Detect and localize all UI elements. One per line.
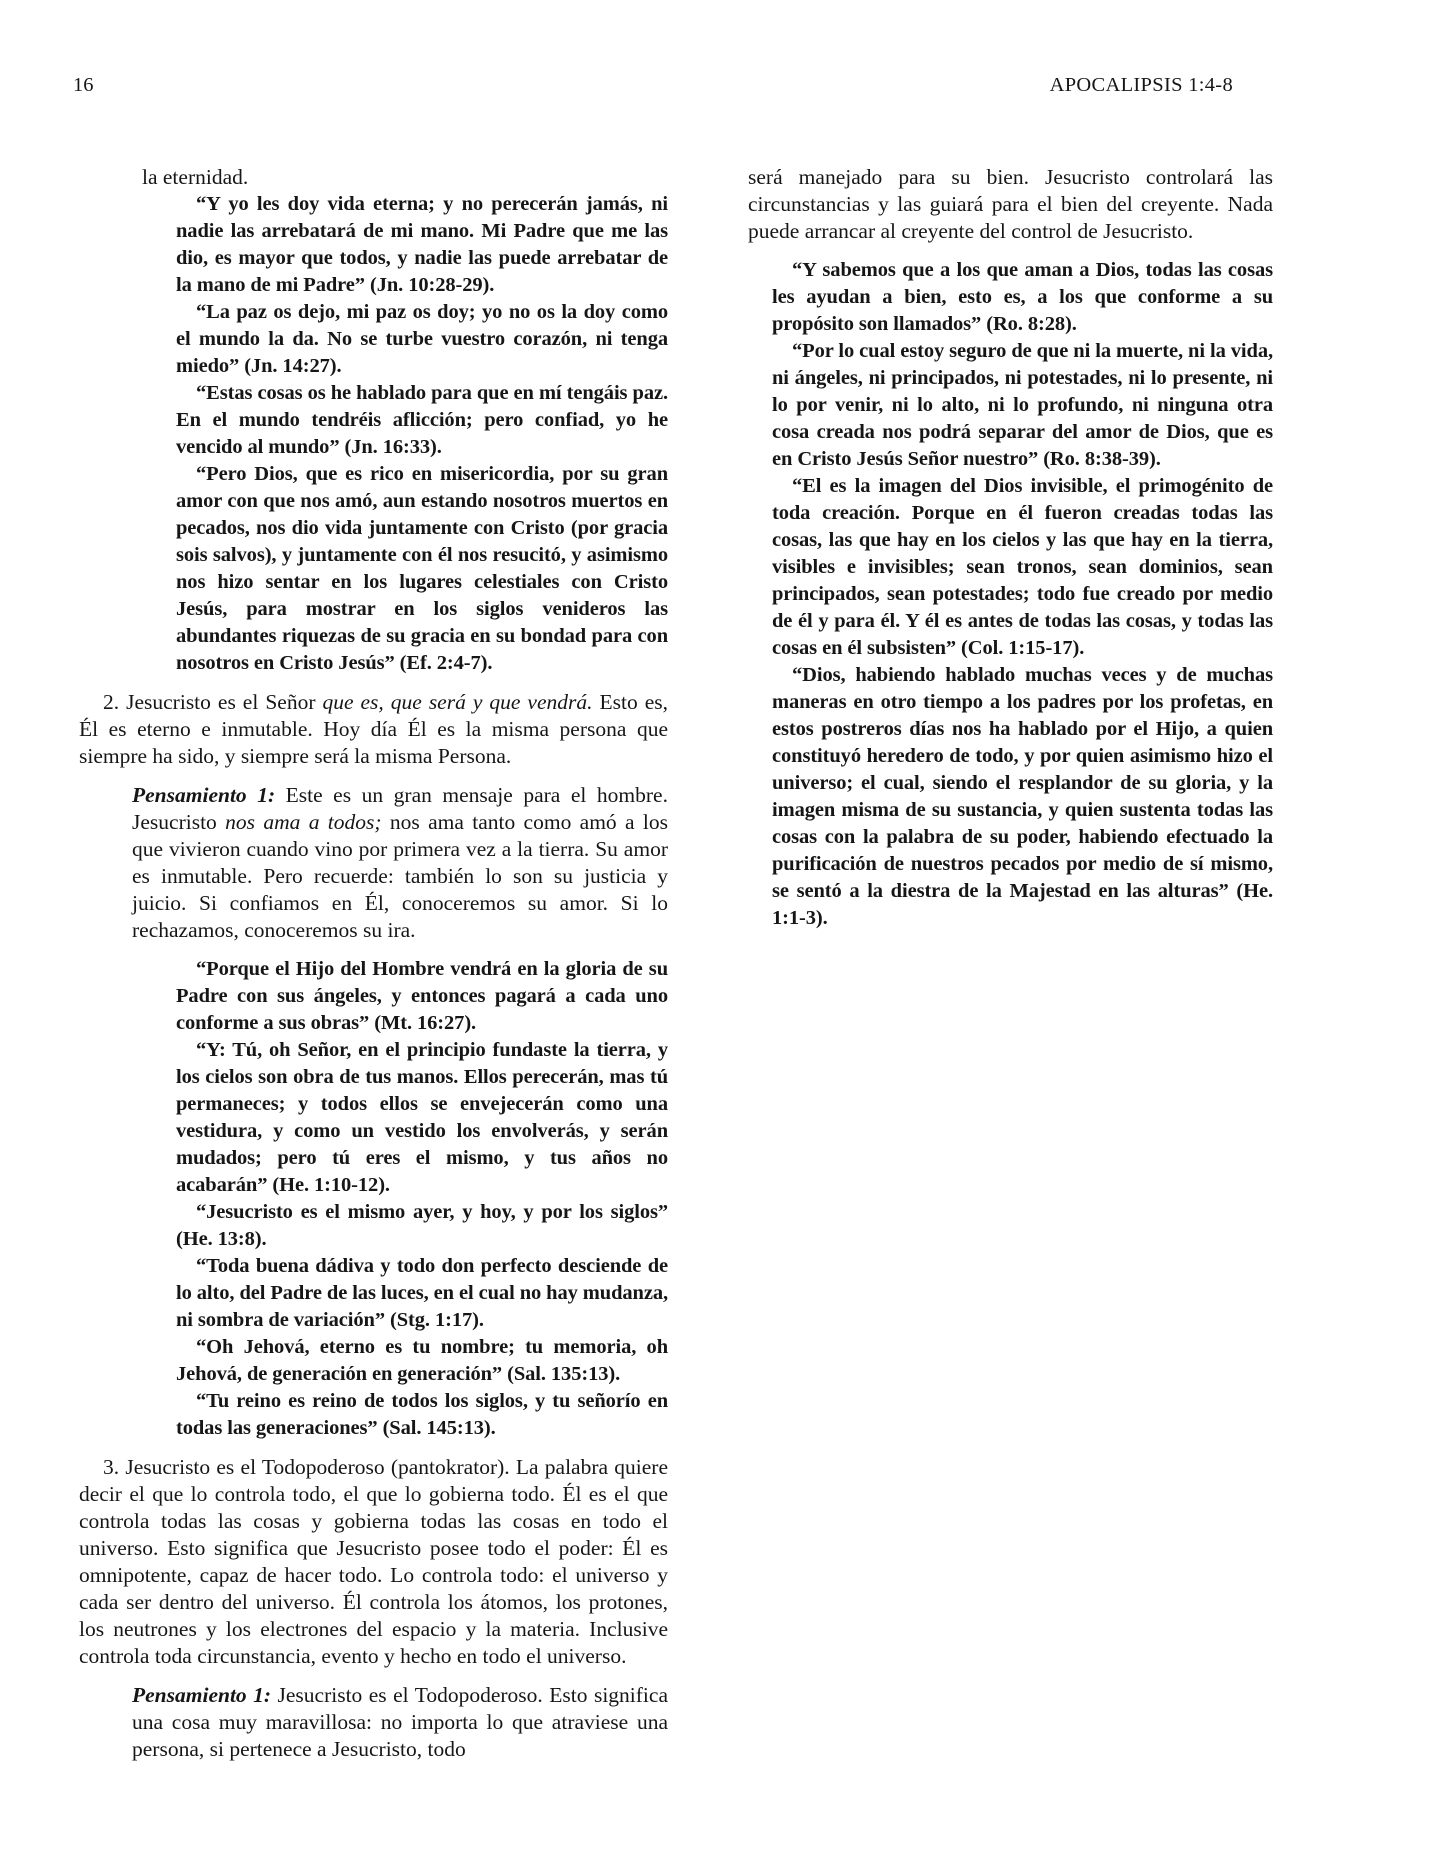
body-paragraph: 2. Jesucristo es el Señor que es, que se… bbox=[79, 689, 668, 770]
text-run: “Toda buena dádiva y todo don perfecto d… bbox=[176, 1255, 668, 1331]
body-paragraph: 3. Jesucristo es el Todopoderoso (pantok… bbox=[79, 1454, 668, 1670]
scripture-quote: “La paz os dejo, mi paz os doy; yo no os… bbox=[176, 299, 668, 380]
scripture-quote: “Oh Jehová, eterno es tu nombre; tu memo… bbox=[176, 1334, 668, 1388]
text-run: “Y: Tú, oh Señor, en el principio fundas… bbox=[176, 1039, 668, 1196]
text-run: “Dios, habiendo hablado muchas veces y d… bbox=[772, 664, 1273, 929]
scripture-quote: “Porque el Hijo del Hombre vendrá en la … bbox=[176, 956, 668, 1037]
body-paragraph: será manejado para su bien. Jesucristo c… bbox=[748, 164, 1273, 245]
thought-paragraph: Pensamiento 1: Este es un gran mensaje p… bbox=[132, 782, 668, 944]
text-run: “Tu reino es reino de todos los siglos, … bbox=[176, 1390, 668, 1439]
right-text-column: será manejado para su bien. Jesucristo c… bbox=[748, 164, 1273, 932]
scripture-quote: “Y: Tú, oh Señor, en el principio fundas… bbox=[176, 1037, 668, 1199]
text-run: “Estas cosas os he hablado para que en m… bbox=[176, 382, 668, 458]
text-run: “La paz os dejo, mi paz os doy; yo no os… bbox=[176, 301, 668, 377]
scripture-quote: “Por lo cual estoy seguro de que ni la m… bbox=[772, 338, 1273, 473]
header-title: APOCALIPSIS 1:4-8 bbox=[1050, 72, 1233, 98]
scripture-quote: “El es la imagen del Dios invisible, el … bbox=[772, 473, 1273, 662]
continuation-line: la eternidad. bbox=[142, 164, 668, 191]
text-run: 3. Jesucristo es el Todopoderoso (pantok… bbox=[79, 1455, 668, 1668]
text-run: Pensamiento 1: bbox=[132, 783, 275, 807]
scripture-quote: “Estas cosas os he hablado para que en m… bbox=[176, 380, 668, 461]
text-run: 2. Jesucristo es el Señor bbox=[103, 690, 322, 714]
scripture-quote: “Pero Dios, que es rico en misericordia,… bbox=[176, 461, 668, 677]
thought-paragraph: Pensamiento 1: Jesucristo es el Todopode… bbox=[132, 1682, 668, 1763]
scripture-quote: “Dios, habiendo hablado muchas veces y d… bbox=[772, 662, 1273, 932]
text-run: Pensamiento 1: bbox=[132, 1683, 271, 1707]
text-run: “El es la imagen del Dios invisible, el … bbox=[772, 475, 1273, 659]
text-run: “Porque el Hijo del Hombre vendrá en la … bbox=[176, 958, 668, 1034]
page-number: 16 bbox=[73, 72, 94, 98]
left-text-column: la eternidad.“Y yo les doy vida eterna; … bbox=[79, 164, 668, 1763]
text-run: “Oh Jehová, eterno es tu nombre; tu memo… bbox=[176, 1336, 668, 1385]
text-run: “Por lo cual estoy seguro de que ni la m… bbox=[772, 340, 1273, 470]
running-header: 16 APOCALIPSIS 1:4-8 bbox=[73, 72, 1233, 98]
scripture-quote: “Tu reino es reino de todos los siglos, … bbox=[176, 1388, 668, 1442]
scripture-quote: “Y yo les doy vida eterna; y no perecerá… bbox=[176, 191, 668, 299]
text-run: nos ama a todos; bbox=[225, 810, 381, 834]
text-run: “Jesucristo es el mismo ayer, y hoy, y p… bbox=[176, 1201, 668, 1250]
scripture-quote: “Jesucristo es el mismo ayer, y hoy, y p… bbox=[176, 1199, 668, 1253]
text-run: “Y yo les doy vida eterna; y no perecerá… bbox=[176, 193, 668, 296]
book-page: 16 APOCALIPSIS 1:4-8 la eternidad.“Y yo … bbox=[0, 0, 1445, 1870]
text-run: será manejado para su bien. Jesucristo c… bbox=[748, 165, 1273, 243]
text-run: la eternidad. bbox=[142, 165, 248, 189]
scripture-quote: “Toda buena dádiva y todo don perfecto d… bbox=[176, 1253, 668, 1334]
text-run: “Y sabemos que a los que aman a Dios, to… bbox=[772, 259, 1273, 335]
scripture-quote: “Y sabemos que a los que aman a Dios, to… bbox=[772, 257, 1273, 338]
text-run: “Pero Dios, que es rico en misericordia,… bbox=[176, 463, 668, 674]
text-run: que es, que será y que vendrá. bbox=[322, 690, 592, 714]
